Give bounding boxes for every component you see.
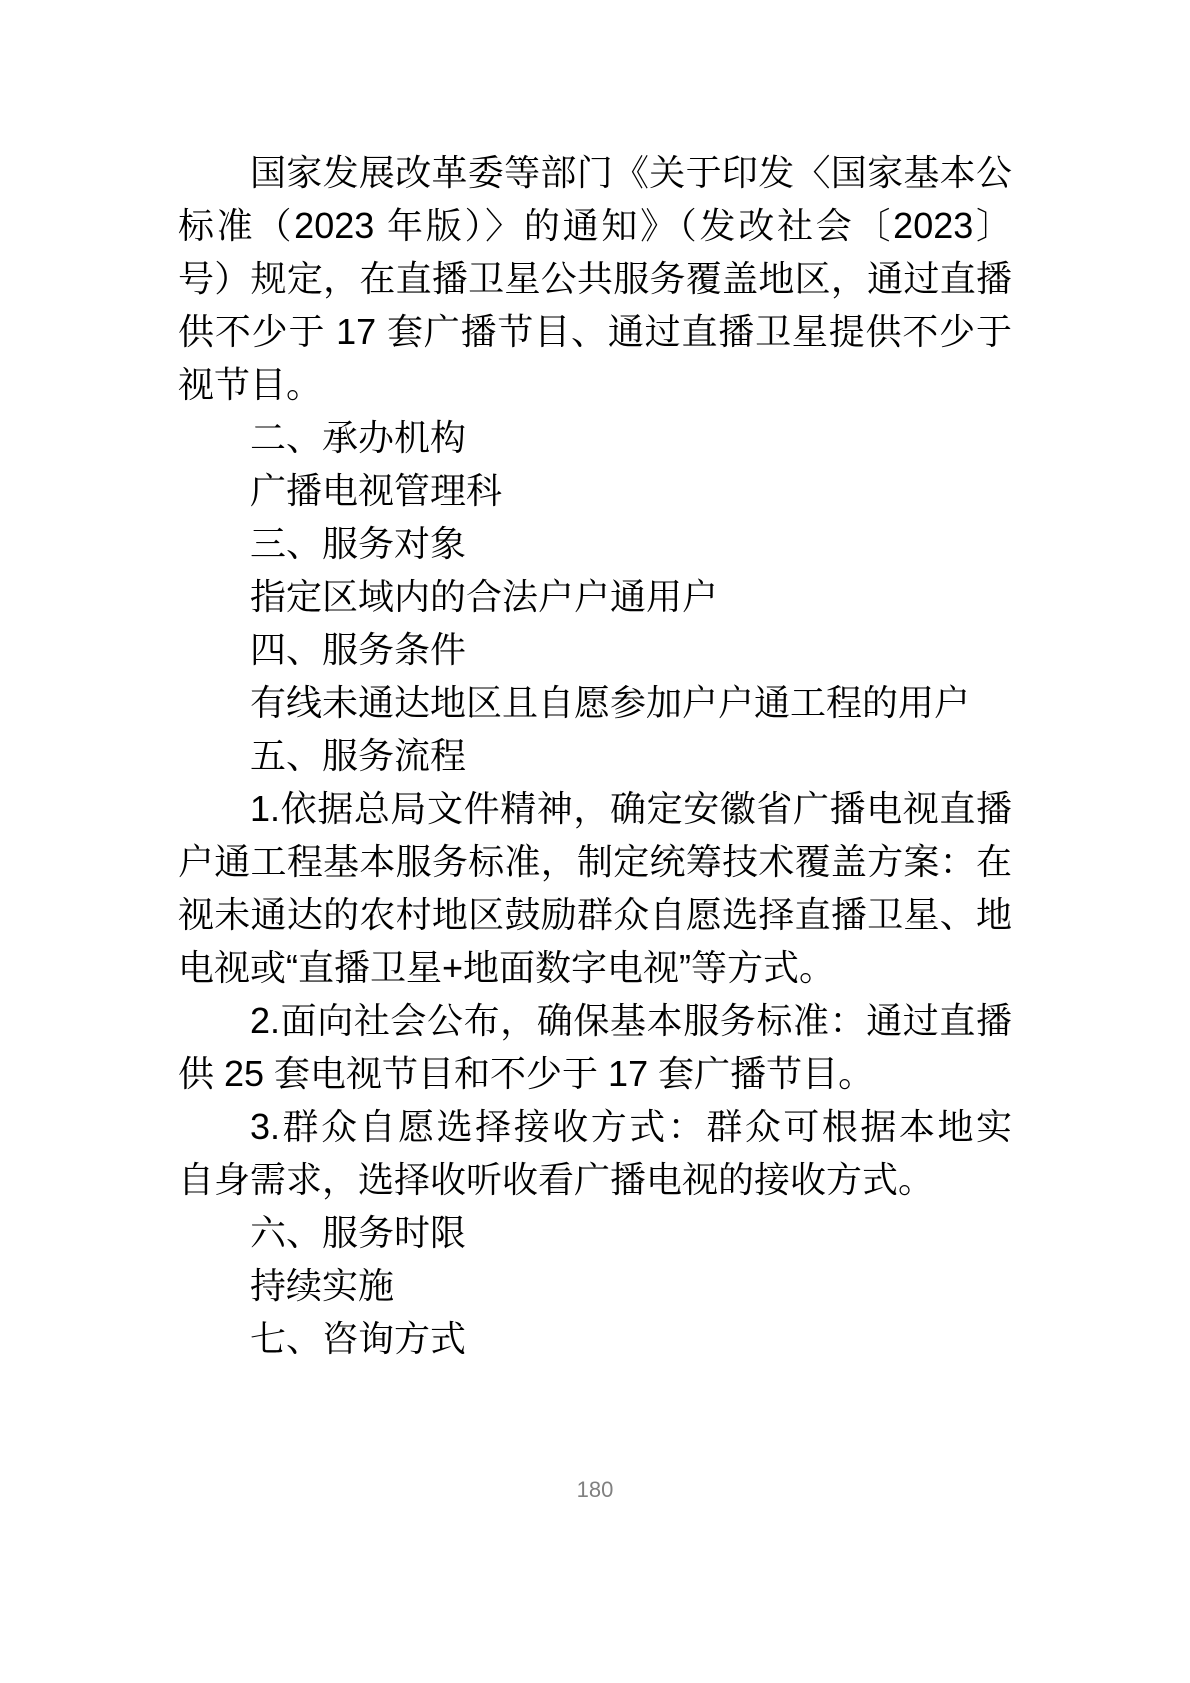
- text-line: 有线未通达地区且自愿参加户户通工程的用户: [178, 676, 1012, 729]
- text-line: 供不少于 17 套广播节目、通过直播卫星提供不少于 25 套电: [178, 305, 1012, 358]
- paragraph: 四、服务条件: [178, 623, 1012, 676]
- paragraph: 有线未通达地区且自愿参加户户通工程的用户: [178, 676, 1012, 729]
- text-line: 3.群众自愿选择接收方式：群众可根据本地实际，结合: [178, 1100, 1012, 1153]
- paragraph: 六、服务时限: [178, 1206, 1012, 1259]
- text-line: 国家发展改革委等部门《关于印发〈国家基本公共服务: [178, 146, 1012, 199]
- text-line: 视未通达的农村地区鼓励群众自愿选择直播卫星、地面数字: [178, 888, 1012, 941]
- paragraph: 七、咨询方式: [178, 1312, 1012, 1365]
- text-line: 二、承办机构: [178, 411, 1012, 464]
- text-line: 2.面向社会公布，确保基本服务标准：通过直播卫星提: [178, 994, 1012, 1047]
- paragraph: 指定区域内的合法户户通用户: [178, 570, 1012, 623]
- document-page: 国家发展改革委等部门《关于印发〈国家基本公共服务标准（2023 年版）〉的通知》…: [0, 0, 1190, 1683]
- text-line: 五、服务流程: [178, 729, 1012, 782]
- paragraph: 3.群众自愿选择接收方式：群众可根据本地实际，结合自身需求，选择收听收看广播电视…: [178, 1100, 1012, 1206]
- text-line: 广播电视管理科: [178, 464, 1012, 517]
- paragraph: 持续实施: [178, 1259, 1012, 1312]
- paragraph: 广播电视管理科: [178, 464, 1012, 517]
- text-line: 视节目。: [178, 358, 1012, 411]
- text-line: 1.依据总局文件精神，确定安徽省广播电视直播卫星户: [178, 782, 1012, 835]
- text-line: 号）规定，在直播卫星公共服务覆盖地区，通过直播卫星提: [178, 252, 1012, 305]
- page-number: 180: [178, 1477, 1012, 1503]
- paragraph: 1.依据总局文件精神，确定安徽省广播电视直播卫星户户通工程基本服务标准，制定统筹…: [178, 782, 1012, 994]
- text-line: 六、服务时限: [178, 1206, 1012, 1259]
- paragraph: 二、承办机构: [178, 411, 1012, 464]
- text-line: 自身需求，选择收听收看广播电视的接收方式。: [178, 1153, 1012, 1206]
- paragraph: 三、服务对象: [178, 517, 1012, 570]
- text-line: 三、服务对象: [178, 517, 1012, 570]
- paragraphs: 国家发展改革委等部门《关于印发〈国家基本公共服务标准（2023 年版）〉的通知》…: [178, 146, 1012, 1365]
- document-body: 国家发展改革委等部门《关于印发〈国家基本公共服务标准（2023 年版）〉的通知》…: [178, 146, 1012, 1365]
- paragraph: 国家发展改革委等部门《关于印发〈国家基本公共服务标准（2023 年版）〉的通知》…: [178, 146, 1012, 411]
- paragraph: 2.面向社会公布，确保基本服务标准：通过直播卫星提供 25 套电视节目和不少于 …: [178, 994, 1012, 1100]
- text-line: 持续实施: [178, 1259, 1012, 1312]
- text-line: 电视或“直播卫星+地面数字电视”等方式。: [178, 941, 1012, 994]
- text-line: 七、咨询方式: [178, 1312, 1012, 1365]
- text-line: 四、服务条件: [178, 623, 1012, 676]
- text-line: 标准（2023 年版）〉的通知》（发改社会〔2023〕1072: [178, 199, 1012, 252]
- paragraph: 五、服务流程: [178, 729, 1012, 782]
- text-line: 户通工程基本服务标准，制定统筹技术覆盖方案：在有线电: [178, 835, 1012, 888]
- text-line: 供 25 套电视节目和不少于 17 套广播节目。: [178, 1047, 1012, 1100]
- text-line: 指定区域内的合法户户通用户: [178, 570, 1012, 623]
